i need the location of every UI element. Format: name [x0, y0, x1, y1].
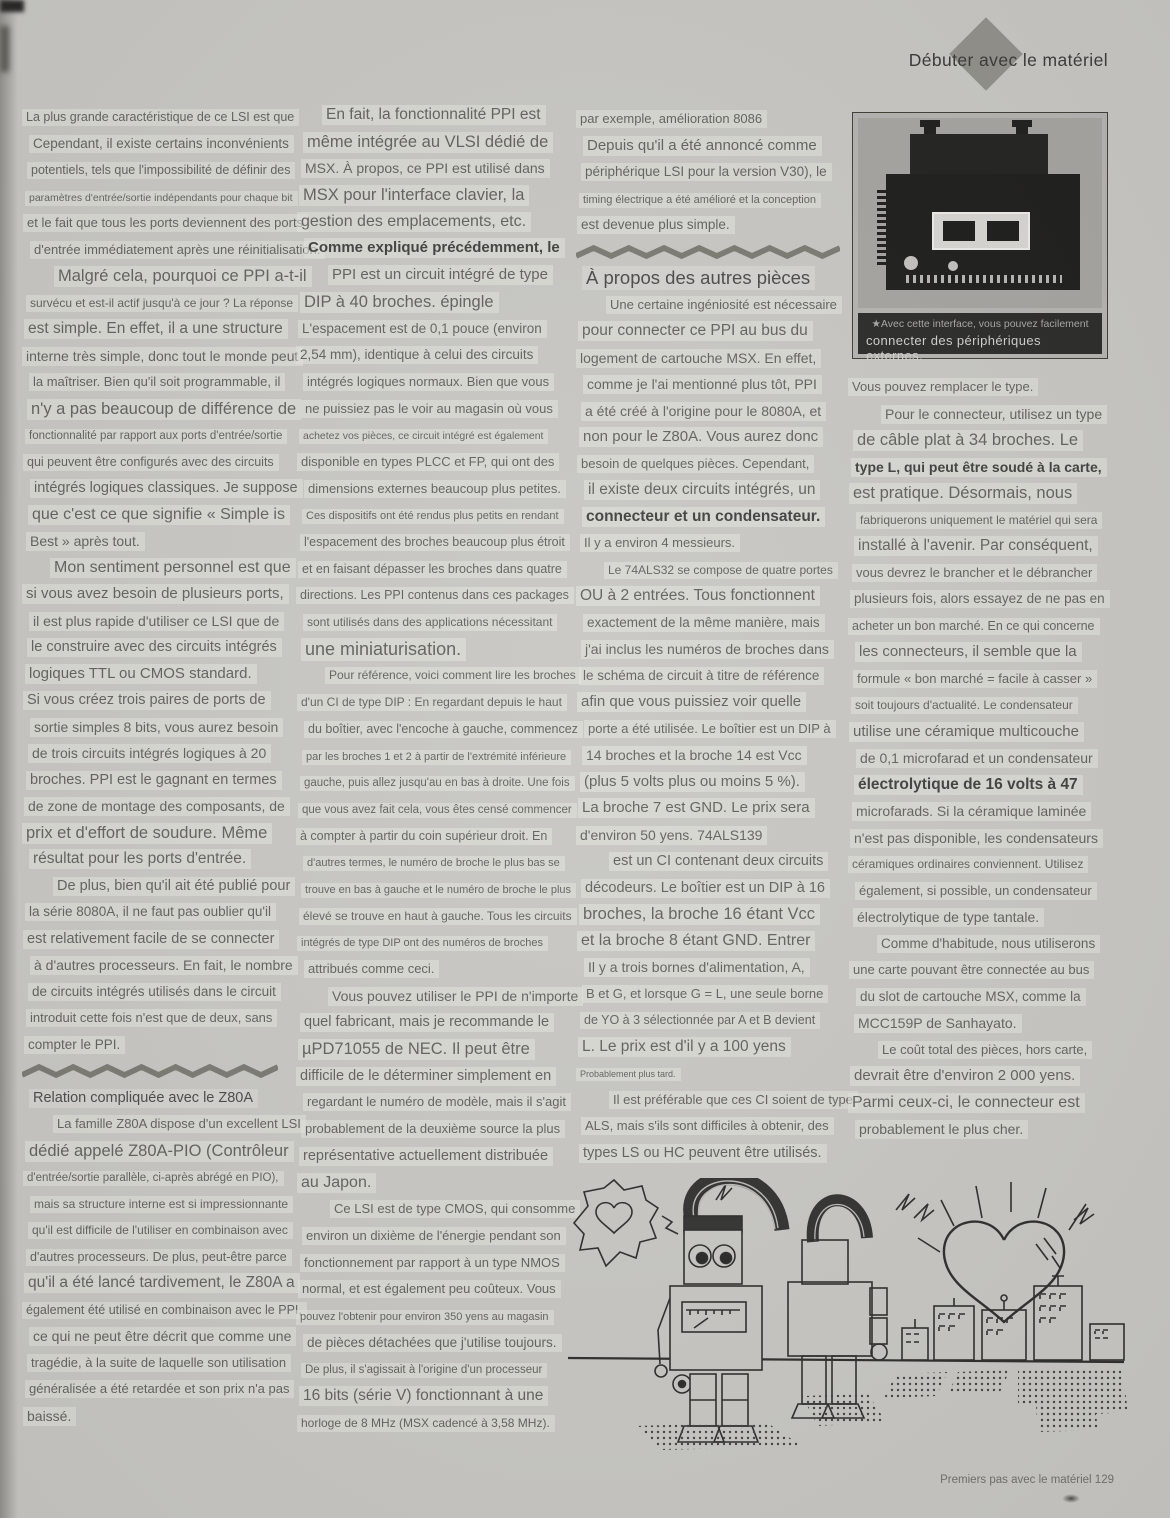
text-line: fonctionnalité par rapport aux ports d'e… [25, 422, 288, 449]
text-line: µPD71055 de NEC. Il peut être [298, 1036, 566, 1063]
text-line: que vous avez fait cela, vous êtes censé… [298, 796, 566, 823]
page-header: Débuter avec le matériel [678, 34, 1108, 96]
circuit-board [886, 174, 1080, 290]
robots-illustration [566, 1178, 1132, 1450]
text-line: pour connecter ce PPI au bus du [578, 318, 850, 345]
text-line: plusieurs fois, alors essayez de ne pas … [850, 586, 1120, 613]
text-line: devrait être d'environ 2 000 yens. [850, 1063, 1120, 1090]
text-line: également, si possible, un condensateur [855, 878, 1120, 905]
text-line: achetez vos pièces, ce circuit intégré e… [299, 422, 566, 449]
mount-hole [948, 261, 958, 271]
text-line: ce qui ne peut être décrit que comme une [29, 1323, 288, 1350]
text-line: environ un dixième de l'énergie pendant … [302, 1223, 566, 1250]
text-line: représentative actuellement distribuée [299, 1143, 566, 1170]
text-line: type L, qui peut être soudé à la carte, [851, 454, 1120, 481]
text-line: une carte pouvant être connectée au bus [849, 957, 1120, 984]
text-line: céramiques ordinaires conviennent. Utili… [848, 851, 1120, 878]
text-line: intégrés logiques classiques. Je suppose [30, 475, 288, 502]
text-line: La broche 7 est GND. Le prix sera [578, 795, 850, 822]
edge-connector [910, 134, 1048, 178]
text-line: Vous pouvez remplacer le type. [848, 374, 1120, 401]
dip-socket [932, 212, 1030, 250]
text-line: sont utilisés dans des applications néce… [303, 609, 566, 636]
text-line: Malgré cela, pourquoi ce PPI a-t-il [28, 263, 288, 290]
text-line: Comme d'habitude, nous utiliserons [851, 931, 1120, 958]
text-line: et le fait que tous les ports deviennent… [23, 210, 288, 237]
text-line: sortie simples 8 bits, vous aurez besoin [30, 714, 288, 741]
text-line: potentiels, tels que l'impossibilité de … [27, 157, 288, 184]
text-line: MSX pour l'interface clavier, la [299, 182, 566, 209]
text-line: ne puissiez pas le voir au magasin où vo… [301, 396, 566, 423]
text-line: 16 bits (série V) fonctionnant à une [299, 1383, 566, 1410]
text-line: d'autres processeurs. De plus, peut-être… [26, 1244, 288, 1271]
text-line: Le 74ALS32 se compose de quatre portes [578, 557, 850, 584]
text-line: regardant le numéro de modèle, mais il s… [303, 1089, 566, 1116]
text-line: Il y a trois bornes d'alimentation, A, [584, 954, 850, 981]
text-line: électrolytique de 16 volts à 47 [854, 772, 1120, 799]
photo-image [858, 118, 1102, 308]
text-line: d'environ 50 yens. 74ALS139 [576, 822, 850, 849]
text-line: n'est pas disponible, les condensateurs [850, 825, 1120, 852]
text-line: il est plus rapide d'utiliser ce LSI que… [29, 608, 288, 635]
text-line: connecteur et un condensateur. [582, 504, 850, 531]
text-line: MCC159P de Sanhayato. [854, 1010, 1120, 1037]
text-line: à d'autres processeurs. En fait, le nomb… [30, 952, 288, 979]
text-line: de pièces détachées que j'utilise toujou… [303, 1330, 566, 1357]
text-line: dimensions externes beaucoup plus petite… [304, 476, 566, 503]
text-line: tragédie, à la suite de laquelle son uti… [27, 1350, 288, 1377]
article-column-2: En fait, la fonctionnalité PPI estmême i… [296, 102, 566, 1436]
text-line: et la broche 8 étant GND. Entrer [577, 928, 850, 955]
article-column-3: par exemple, amélioration 8086Depuis qu'… [576, 106, 850, 1166]
page-title: Débuter avec le matériel [678, 50, 1108, 71]
text-line: ALS, mais s'ils sont difficiles à obteni… [581, 1113, 850, 1140]
text-line: est pratique. Désormais, nous [849, 480, 1120, 507]
zigzag-divider [22, 1058, 288, 1085]
text-line: d'entrée immédiatement après une réiniti… [30, 237, 288, 264]
text-line: par les broches 1 et 2 à partir de l'ext… [302, 743, 566, 770]
text-line: est simple. En effet, il a une structure [24, 316, 288, 343]
text-line: comme je l'ai mentionné plus tôt, PPI [583, 371, 850, 398]
text-line: Parmi ceux-ci, le connecteur est [848, 1090, 1120, 1117]
text-line: au Japon. [297, 1170, 566, 1197]
text-line: horloge de 8 MHz (MSX cadencé à 3,58 MHz… [297, 1410, 566, 1437]
text-line: disponible en types PLCC et FP, qui ont … [297, 449, 566, 476]
article-column-1: La plus grande caractéristique de ce LSI… [22, 104, 288, 1429]
text-line: périphérique LSI pour la version V30), l… [581, 159, 850, 186]
text-line: Ces dispositifs ont été rendus plus peti… [302, 502, 566, 529]
text-line: OU à 2 entrées. Tous fonctionnent [576, 583, 850, 610]
text-line: Le coût total des pièces, hors carte, [852, 1037, 1120, 1064]
text-line: est relativement facile de se connecter [23, 926, 288, 953]
text-line: qui peuvent être configurés avec des cir… [23, 449, 288, 476]
scan-corner-mark [0, 0, 24, 12]
text-line: gestion des emplacements, etc. [297, 209, 566, 236]
text-line: de 0,1 microfarad et un condensateur [856, 745, 1120, 772]
text-line: PPI est un circuit intégré de type [302, 262, 566, 289]
text-line: dédié appelé Z80A-PIO (Contrôleur [25, 1138, 288, 1165]
text-line: B et G, et lorsque G = L, une seule born… [582, 981, 850, 1008]
text-line: difficile de le déterminer simplement en [296, 1063, 566, 1090]
text-line: paramètres d'entrée/sortie indépendants … [25, 184, 288, 211]
text-line: résultat pour les ports d'entrée. [29, 846, 288, 873]
page-number: Premiers pas avec le matériel 129 [940, 1474, 1114, 1486]
text-line: MSX. À propos, ce PPI est utilisé dans [301, 155, 566, 182]
text-line: est un CI contenant deux circuits [583, 848, 850, 875]
text-line: décodeurs. Le boîtier est un DIP à 16 [581, 875, 850, 902]
text-line: prix et d'effort de soudure. Même [22, 820, 288, 847]
text-line: logement de cartouche MSX. En effet, [576, 345, 850, 372]
text-line: baissé. [23, 1403, 288, 1430]
text-line: gauche, puis allez jusqu'au en bas à dro… [300, 769, 566, 796]
socket-hole [987, 221, 1019, 241]
text-line: la maîtriser. Bien qu'il soit programmab… [29, 369, 288, 396]
text-line: le schéma de circuit à titre de référenc… [579, 663, 850, 690]
text-line: Cependant, il existe certains inconvénie… [29, 131, 288, 158]
photo-caption-line1: ★Avec cette interface, vous pouvez facil… [864, 318, 1096, 330]
text-line: non pour le Z80A. Vous aurez donc [579, 424, 850, 451]
text-line: introduit cette fois n'est que de deux, … [26, 1005, 288, 1032]
text-line: logiques TTL ou CMOS standard. [25, 661, 288, 688]
text-line: DIP à 40 broches. épingle [300, 289, 566, 316]
text-line: Pour référence, voici comment lire les b… [299, 662, 566, 689]
text-line: d'entrée/sortie parallèle, ci-après abré… [23, 1164, 288, 1191]
pin-row [906, 275, 1062, 283]
text-line: Pour le connecteur, utilisez un type [855, 401, 1120, 428]
text-line: une miniaturisation. [301, 636, 566, 663]
text-line: il existe deux circuits intégrés, un [584, 477, 850, 504]
text-line: Best » après tout. [26, 528, 288, 555]
text-line: et en faisant dépasser les broches dans … [298, 556, 566, 583]
text-line: pouvez l'obtenir pour environ 350 yens a… [296, 1303, 566, 1330]
text-line: électrolytique de type tantale. [853, 904, 1120, 931]
text-line: l'espacement des broches beaucoup plus é… [300, 529, 566, 556]
text-line: Une certaine ingéniosité est nécessaire [580, 292, 850, 319]
text-line: La plus grande caractéristique de ce LSI… [22, 104, 288, 131]
text-line: quel fabricant, mais je recommande le [300, 1009, 566, 1036]
text-line: utilise une céramique multicouche [849, 719, 1120, 746]
text-line: microfarads. Si la céramique laminée [852, 798, 1120, 825]
text-line: soit toujours d'actualité. Le condensate… [851, 692, 1120, 719]
text-line: d'un CI de type DIP : En regardant depui… [297, 689, 566, 716]
section-heading: Relation compliquée avec le Z80A [29, 1085, 288, 1112]
text-line: vous devrez le brancher et le débrancher [852, 560, 1120, 587]
text-line: 2,54 mm), identique à celui des circuits [296, 342, 566, 369]
text-line: le construire avec des circuits intégrés [27, 634, 288, 661]
text-line: Il y a environ 4 messieurs. [580, 530, 850, 557]
article-column-4: Vous pouvez remplacer le type.Pour le co… [848, 374, 1120, 1143]
text-line: types LS ou HC peuvent être utilisés. [579, 1140, 850, 1167]
text-line: Vous pouvez utiliser le PPI de n'importe [302, 983, 566, 1010]
mount-hole [904, 256, 918, 270]
text-line: de circuits intégrés utilisés dans le ci… [28, 979, 288, 1006]
text-line: (plus 5 volts plus ou moins 5 %). [580, 769, 850, 796]
text-line: L. Le prix est d'il y a 100 yens [578, 1034, 850, 1061]
text-line: La famille Z80A dispose d'un excellent L… [27, 1111, 288, 1138]
text-line: intégrés de type DIP ont des numéros de … [297, 929, 566, 956]
text-line: directions. Les PPI contenus dans ces pa… [296, 582, 566, 609]
photo-caption: ★Avec cette interface, vous pouvez facil… [858, 313, 1102, 354]
text-line: qu'il est difficile de l'utiliser en com… [28, 1217, 288, 1244]
text-line: probablement le plus cher. [855, 1116, 1120, 1143]
text-line: du boîtier, avec l'encoche à gauche, com… [304, 716, 566, 743]
text-line: généralisée a été retardée et son prix n… [25, 1376, 288, 1403]
text-line: trouve en bas à gauche et le numéro de b… [301, 876, 566, 903]
text-line: est devenue plus simple. [577, 212, 850, 239]
text-line: de YO à 3 sélectionnée par A et B devien… [580, 1007, 850, 1034]
scan-corner-mark-2 [0, 26, 9, 72]
text-line: qu'il a été lancé tardivement, le Z80A a [24, 1270, 288, 1297]
text-line: Depuis qu'il a été annoncé comme [583, 133, 850, 160]
text-line: par exemple, amélioration 8086 [576, 106, 850, 133]
text-line: Comme expliqué précédemment, le [304, 235, 566, 262]
text-line: du slot de cartouche MSX, comme la [856, 984, 1120, 1011]
text-line: Ce LSI est de type CMOS, qui consomme [304, 1196, 566, 1223]
text-line: L'espacement est de 0,1 pouce (environ [298, 316, 566, 343]
text-line: également été utilisé en combinaison ave… [22, 1297, 288, 1324]
text-line: timing électrique a été amélioré et la c… [579, 186, 850, 213]
text-line: de zone de montage des composants, de [24, 793, 288, 820]
text-line: De plus, il s'agissait à l'origine d'un … [301, 1356, 566, 1383]
text-line: fonctionnement par rapport à un type NMO… [300, 1250, 566, 1277]
text-line: d'autres termes, le numéro de broche le … [303, 849, 566, 876]
photo-caption-line2: connecter des périphériques externes. [864, 333, 1096, 363]
text-line: interne très simple, donc tout le monde … [22, 343, 288, 370]
text-line: élevé se trouve en haut à gauche. Tous l… [299, 903, 566, 930]
text-line: exactement de la même manière, mais [583, 610, 850, 637]
text-line: normal, et est également peu coûteux. Vo… [298, 1276, 566, 1303]
text-line: mais sa structure interne est si impress… [30, 1191, 288, 1218]
text-line: Si vous créez trois paires de ports de [23, 687, 288, 714]
text-line: probablement de la deuxième source la pl… [301, 1116, 566, 1143]
text-line: fabriquerons uniquement le matériel qui … [856, 507, 1120, 534]
text-line: de câble plat à 34 broches. Le [853, 427, 1120, 454]
text-line: les connecteurs, il semble que la [855, 639, 1120, 666]
text-line: De plus, bien qu'il ait été publié pour [27, 873, 288, 900]
zigzag-divider [576, 239, 850, 266]
text-line: compter le PPI. [24, 1032, 288, 1059]
text-line: j'ai inclus les numéros de broches dans [581, 636, 850, 663]
text-line: si vous avez besoin de plusieurs ports, [22, 581, 288, 608]
scan-edge-shadow [0, 0, 18, 1518]
text-line: survécu et est-il actif jusqu'à ce jour … [26, 290, 288, 317]
text-line: Probablement plus tard. [576, 1060, 850, 1087]
socket-hole [943, 221, 975, 241]
text-line: intégrés logiques normaux. Bien que vous [303, 369, 566, 396]
text-line: attribués comme ceci. [304, 956, 566, 983]
text-line: acheter un bon marché. En ce qui concern… [848, 613, 1120, 640]
scan-mark [1062, 1494, 1080, 1503]
text-line: porte a été utilisée. Le boîtier est un … [584, 716, 850, 743]
text-line: Il est préférable que ces CI soient de t… [583, 1087, 850, 1114]
text-line: que c'est ce que signifie « Simple is [28, 502, 288, 529]
text-line: même intégrée au VLSI dédié de [303, 129, 566, 156]
text-line: formule « bon marché = facile à casser » [853, 666, 1120, 693]
text-line: besoin de quelques pièces. Cependant, [577, 451, 850, 478]
text-line: 14 broches et la broche 14 est Vcc [582, 742, 850, 769]
text-line: afin que vous puissiez voir quelle [577, 689, 850, 716]
text-line: n'y a pas beaucoup de différence de [27, 396, 288, 423]
text-line: la série 8080A, il ne faut pas oublier q… [25, 899, 288, 926]
text-line: En fait, la fonctionnalité PPI est [296, 102, 566, 129]
text-line: a été créé à l'origine pour le 8080A, et [581, 398, 850, 425]
text-line: de trois circuits intégrés logiques à 20 [28, 740, 288, 767]
text-line: broches. PPI est le gagnant en termes [26, 767, 288, 794]
photo-interface-board: ★Avec cette interface, vous pouvez facil… [852, 112, 1108, 359]
text-line: broches, la broche 16 étant Vcc [579, 901, 850, 928]
text-line: Mon sentiment personnel est que [24, 555, 288, 582]
text-line: installé à l'avenir. Par conséquent, [854, 533, 1120, 560]
text-line: à compter à partir du coin supérieur dro… [296, 823, 566, 850]
section-heading: À propos des autres pièces [582, 265, 850, 292]
